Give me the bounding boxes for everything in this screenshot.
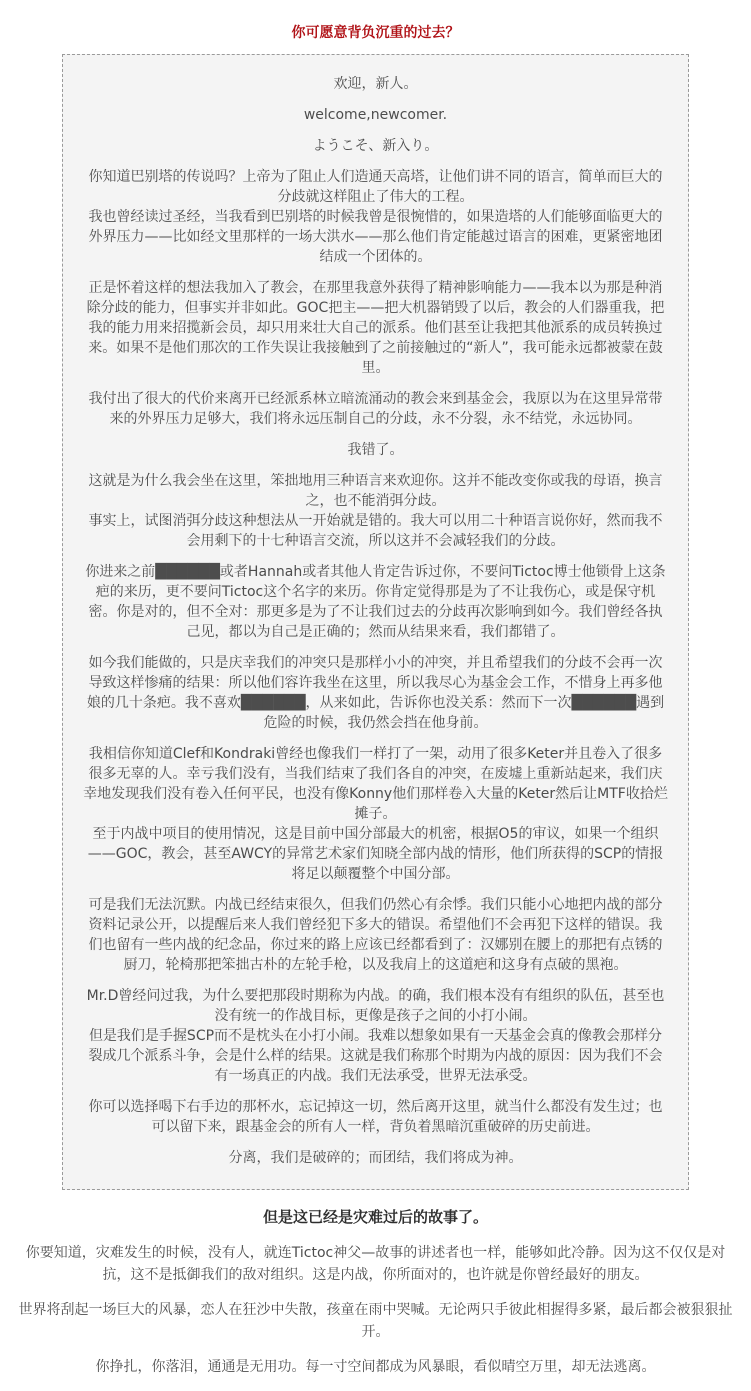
letter-line: 至于内战中项目的使用情况，这是目前中国分部最大的机密，根据O5的审议，如果一个组… — [83, 824, 668, 884]
letter-line: Mr.D曾经问过我，为什么要把那段时期称为内战。的确，我们根本没有有组织的队伍，… — [83, 986, 668, 1026]
letter-paragraph-closing: 分离，我们是破碎的；而团结，我们将成为神。 — [83, 1148, 668, 1168]
letter-paragraph-conflict-redacted: 如今我们能做的，只是庆幸我们的冲突只是那样小小的冲突，并且希望我们的分歧不会再一… — [83, 653, 668, 733]
letter-line: 我付出了很大的代价来离开已经派系林立暗流涌动的教会来到基金会，我原以为在这里异常… — [83, 389, 668, 429]
letter-line: 我相信你知道Clef和Kondraki曾经也像我们一样打了一架，动用了很多Ket… — [83, 744, 668, 824]
letter-paragraph-mementos: 可是我们无法沉默。内战已经结束很久，但我们仍然心有余悸。我们只能小心地把内战的部… — [83, 895, 668, 975]
letter-paragraph-foundation: 我付出了很大的代价来离开已经派系林立暗流涌动的教会来到基金会，我原以为在这里异常… — [83, 389, 668, 429]
letter-line: 分离，我们是破碎的；而团结，我们将成为神。 — [83, 1148, 668, 1168]
letter-paragraph-mr-d: Mr.D曾经问过我，为什么要把那段时期称为内战。的确，我们根本没有有组织的队伍，… — [83, 986, 668, 1086]
epilogue-paragraph: 世界将刮起一场巨大的风暴，恋人在狂沙中失散，孩童在雨中哭喊。无论两只手彼此相握得… — [18, 1299, 733, 1343]
letter-line: ようこそ、新入り。 — [83, 136, 668, 156]
letter-paragraph-i-was-wrong: 我错了。 — [83, 440, 668, 460]
epilogue-paragraph: 你要知道，灾难发生的时候，没有人，就连Tictoc神父—故事的讲述者也一样，能够… — [18, 1242, 733, 1286]
page-title: 你可愿意背负沉重的过去？ — [0, 22, 751, 42]
letter-paragraph-choice: 你可以选择喝下右手边的那杯水，忘记掉这一切，然后离开这里，就当什么都没有发生过；… — [83, 1097, 668, 1137]
letter-paragraph-church: 正是怀着这样的想法我加入了教会，在那里我意外获得了精神影响能力——我本以为那是种… — [83, 278, 668, 378]
greeting-paragraph-english: welcome,newcomer. — [83, 105, 668, 125]
letter-line: 你进来之前██████或者Hannah或者其他人肯定告诉过你，不要问Tictoc… — [83, 562, 668, 642]
letter-line: 如今我们能做的，只是庆幸我们的冲突只是那样小小的冲突，并且希望我们的分歧不会再一… — [83, 653, 668, 733]
letter-line: 你知道巴别塔的传说吗？上帝为了阻止人们造通天高塔，让他们讲不同的语言，简单而巨大… — [83, 167, 668, 207]
letter-line: 可是我们无法沉默。内战已经结束很久，但我们仍然心有余悸。我们只能小心地把内战的部… — [83, 895, 668, 975]
letter-line: 欢迎，新人。 — [83, 74, 668, 94]
letter-line: 正是怀着这样的想法我加入了教会，在那里我意外获得了精神影响能力——我本以为那是种… — [83, 278, 668, 378]
letter-box: 欢迎，新人。 welcome,newcomer. ようこそ、新入り。 你知道巴别… — [62, 54, 689, 1190]
letter-line: 我也曾经读过圣经，当我看到巴别塔的时候我曾是很惋惜的，如果造塔的人们能够面临更大… — [83, 207, 668, 267]
epilogue-heading: 但是这已经是灾难过后的故事了。 — [18, 1206, 733, 1228]
letter-paragraph-babel: 你知道巴别塔的传说吗？上帝为了阻止人们造通天高塔，让他们讲不同的语言，简单而巨大… — [83, 167, 668, 267]
letter-line: 我错了。 — [83, 440, 668, 460]
epilogue-section: 但是这已经是灾难过后的故事了。 你要知道，灾难发生的时候，没有人，就连Ticto… — [18, 1206, 733, 1378]
letter-line: 但是我们是手握SCP而不是枕头在小打小闹。我难以想象如果有一天基金会真的像教会那… — [83, 1026, 668, 1086]
letter-line: welcome,newcomer. — [83, 105, 668, 125]
letter-line: 事实上，试图消弭分歧这种想法从一开始就是错的。我大可以用二十种语言说你好，然而我… — [83, 511, 668, 551]
letter-paragraph-three-languages: 这就是为什么我会坐在这里，笨拙地用三种语言来欢迎你。这并不能改变你或我的母语，换… — [83, 471, 668, 551]
letter-line: 这就是为什么我会坐在这里，笨拙地用三种语言来欢迎你。这并不能改变你或我的母语，换… — [83, 471, 668, 511]
greeting-paragraph-chinese: 欢迎，新人。 — [83, 74, 668, 94]
letter-line: 你可以选择喝下右手边的那杯水，忘记掉这一切，然后离开这里，就当什么都没有发生过；… — [83, 1097, 668, 1137]
epilogue-paragraph: 你挣扎，你落泪，通通是无用功。每一寸空间都成为风暴眼，看似晴空万里，却无法逃离。 — [18, 1356, 733, 1378]
letter-paragraph-scar-redacted: 你进来之前██████或者Hannah或者其他人肯定告诉过你，不要问Tictoc… — [83, 562, 668, 642]
tale-page: 你可愿意背负沉重的过去？ 欢迎，新人。 welcome,newcomer. よう… — [0, 0, 751, 1391]
letter-paragraph-clef-kondraki: 我相信你知道Clef和Kondraki曾经也像我们一样打了一架，动用了很多Ket… — [83, 744, 668, 884]
greeting-paragraph-japanese: ようこそ、新入り。 — [83, 136, 668, 156]
